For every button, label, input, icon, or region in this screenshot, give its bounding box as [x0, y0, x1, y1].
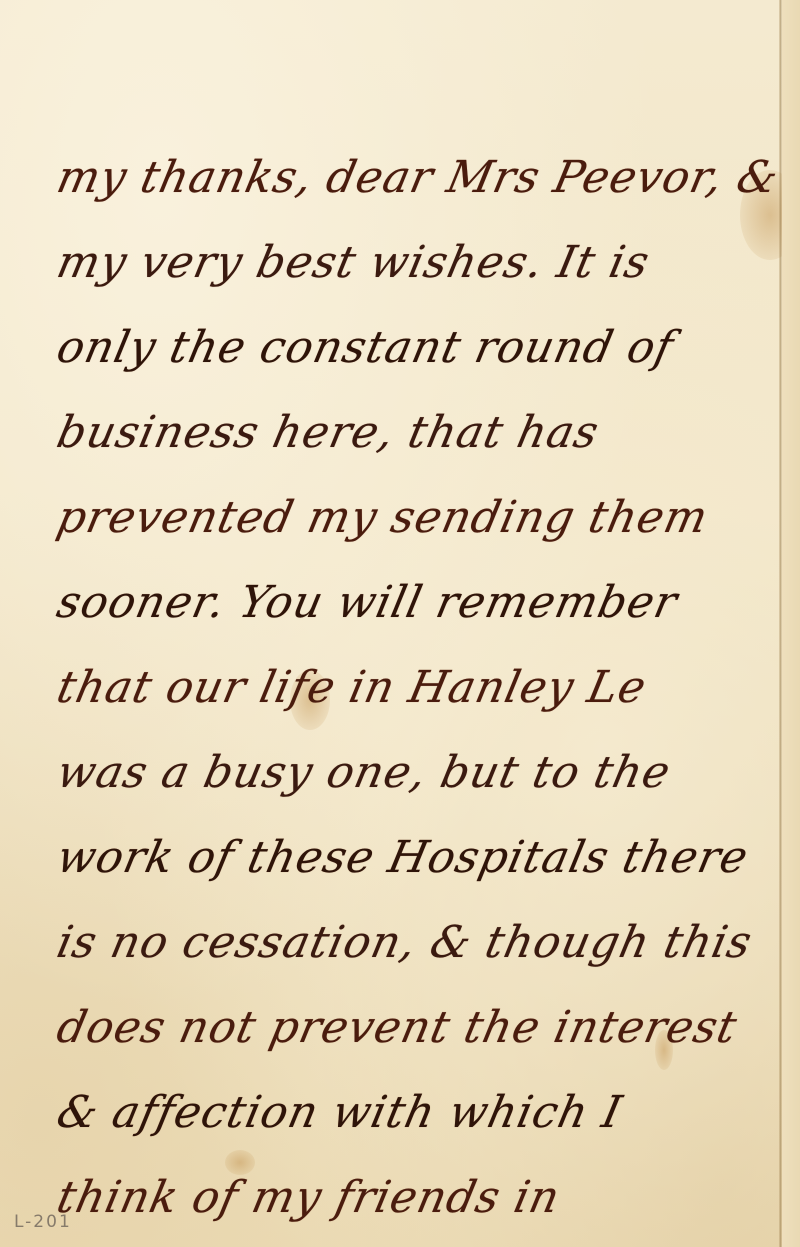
letter-line-4: business here, that has	[49, 390, 787, 475]
letter-line-12: & affection with which I	[49, 1070, 787, 1155]
letter-line-3: only the constant round of	[49, 305, 787, 390]
letter-line-9: work of these Hospitals there	[49, 815, 787, 900]
letter-line-13: think of my friends in	[49, 1155, 787, 1240]
letter-page: my thanks, dear Mrs Peevor, & my very be…	[0, 0, 800, 1247]
letter-line-1: my thanks, dear Mrs Peevor, &	[49, 135, 787, 220]
catalog-number: L-201	[14, 1212, 72, 1232]
letter-line-6: sooner. You will remember	[49, 560, 787, 645]
letter-line-7: that our life in Hanley Le	[49, 645, 787, 730]
letter-line-8: was a busy one, but to the	[49, 730, 787, 815]
letter-line-5: prevented my sending them	[49, 475, 787, 560]
letter-line-10: is no cessation, & though this	[49, 900, 787, 985]
letter-line-2: my very best wishes. It is	[49, 220, 787, 305]
page-edge	[782, 0, 800, 1247]
letter-line-11: does not prevent the interest	[49, 985, 787, 1070]
letter-body: my thanks, dear Mrs Peevor, & my very be…	[58, 135, 778, 1240]
page-fold-line	[779, 0, 782, 1247]
